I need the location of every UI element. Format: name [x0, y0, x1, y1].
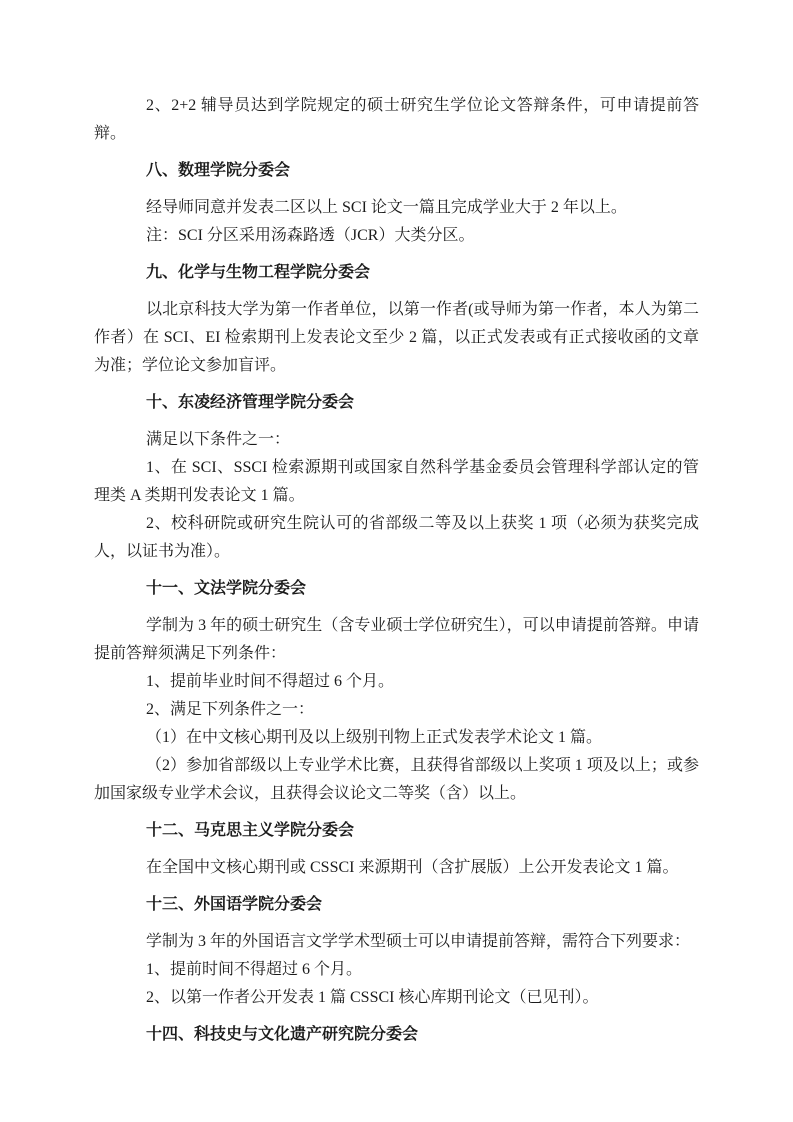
paragraph: 1、提前时间不得超过 6 个月。 [94, 956, 699, 984]
section-heading: 九、化学与生物工程学院分委会 [94, 259, 699, 287]
paragraph: 学制为 3 年的硕士研究生（含专业硕士学位研究生），可以申请提前答辩。申请提前答… [94, 612, 699, 668]
paragraph: 1、提前毕业时间不得超过 6 个月。 [94, 668, 699, 696]
section-heading: 十、东凌经济管理学院分委会 [94, 389, 699, 417]
paragraph: 在全国中文核心期刊或 CSSCI 来源期刊（含扩展版）上公开发表论文 1 篇。 [94, 854, 699, 882]
section-heading: 十一、文法学院分委会 [94, 575, 699, 603]
section-heading: 八、数理学院分委会 [94, 157, 699, 185]
paragraph: 2、以第一作者公开发表 1 篇 CSSCI 核心库期刊论文（已见刊）。 [94, 984, 699, 1012]
document-content: 2、2+2 辅导员达到学院规定的硕士研究生学位论文答辩条件，可申请提前答辩。八、… [94, 92, 699, 1058]
document-page: 2、2+2 辅导员达到学院规定的硕士研究生学位论文答辩条件，可申请提前答辩。八、… [0, 0, 793, 1122]
paragraph: 2、校科研院或研究生院认可的省部级二等及以上获奖 1 项（必须为获奖完成人，以证… [94, 510, 699, 566]
paragraph: 2、2+2 辅导员达到学院规定的硕士研究生学位论文答辩条件，可申请提前答辩。 [94, 92, 699, 148]
section-heading: 十三、外国语学院分委会 [94, 891, 699, 919]
paragraph: 以北京科技大学为第一作者单位，以第一作者(或导师为第一作者，本人为第二作者）在 … [94, 296, 699, 380]
paragraph: 学制为 3 年的外国语言文学学术型硕士可以申请提前答辩，需符合下列要求： [94, 928, 699, 956]
section-heading: 十二、马克思主义学院分委会 [94, 817, 699, 845]
paragraph: （1）在中文核心期刊及以上级别刊物上正式发表学术论文 1 篇。 [94, 724, 699, 752]
paragraph: 满足以下条件之一： [94, 426, 699, 454]
paragraph: 注：SCI 分区采用汤森路透（JCR）大类分区。 [94, 222, 699, 250]
section-heading: 十四、科技史与文化遗产研究院分委会 [94, 1021, 699, 1049]
paragraph: （2）参加省部级以上专业学术比赛，且获得省部级以上奖项 1 项及以上；或参加国家… [94, 752, 699, 808]
paragraph: 2、满足下列条件之一： [94, 696, 699, 724]
paragraph: 1、在 SCI、SSCI 检索源期刊或国家自然科学基金委员会管理科学部认定的管理… [94, 454, 699, 510]
paragraph: 经导师同意并发表二区以上 SCI 论文一篇且完成学业大于 2 年以上。 [94, 194, 699, 222]
